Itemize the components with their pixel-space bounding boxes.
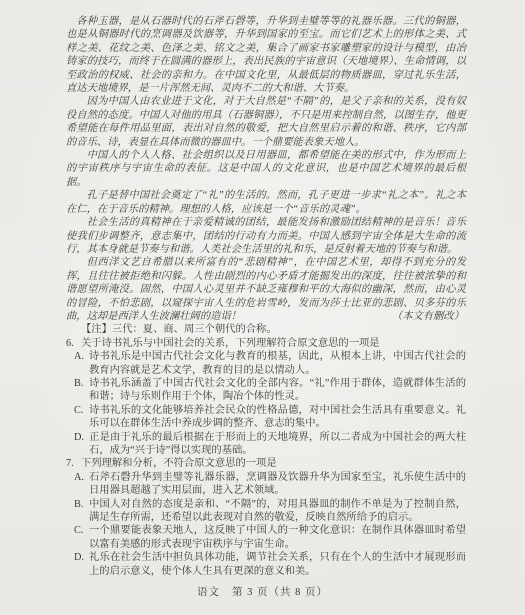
option-a-label: A.: [74, 471, 84, 484]
page-content: 各种玉器，是从石器时代的石斧石磬等，升华到圭璧等等的礼器乐器。三代的铜器，也是从…: [66, 15, 466, 578]
footer-page-number: 第 3 页（共 8 页）: [232, 587, 328, 598]
question-7-option-c: C. 一个鼎要能表象天地人，这反映了中国人的一种文化意识：在制作具体器皿时希望以…: [66, 524, 466, 551]
question-6-number: 6.: [66, 337, 74, 350]
question-7-option-b: B. 中国人对自然的态度是亲和、“不隔”的，对用具器皿的制作不单是为了控制自然，…: [66, 498, 466, 525]
option-d-text: 礼乐在社会生活中担负具体功能，调节社会关系，只有在个人的生活中才展现形而上的启示…: [89, 552, 466, 576]
option-b-label: B.: [74, 377, 83, 390]
option-b-text: 诗书礼乐涵盖了中国古代社会文化的全部内容。“礼”作用于群体，造就群体生活的和谐；…: [89, 378, 466, 402]
option-d-label: D.: [74, 551, 84, 564]
question-6-option-b: B. 诗书礼乐涵盖了中国古代社会文化的全部内容。“礼”作用于群体，造就群体生活的…: [66, 377, 466, 404]
question-7-stem-row: 7. 下列理解和分析，不符合原文意思的一项是: [66, 457, 466, 470]
option-c-label: C.: [74, 524, 83, 537]
option-c-label: C.: [74, 404, 83, 417]
passage-paragraph-1: 各种玉器，是从石器时代的石斧石磬等，升华到圭璧等等的礼器乐器。三代的铜器，也是从…: [66, 15, 466, 95]
question-7: 7. 下列理解和分析，不符合原文意思的一项是 A. 石斧石磬升华到圭璧等礼器乐器…: [66, 457, 466, 578]
passage-note: 【注】三代：夏、商、周三个朝代的合称。: [66, 323, 466, 336]
question-6-option-a: A. 诗书礼乐是中国古代社会文化与教育的根基，因此，从根本上讲，中国古代社会的教…: [66, 350, 466, 377]
question-7-number: 7.: [66, 457, 74, 470]
option-d-label: D.: [74, 431, 84, 444]
option-d-text: 正是由于礼乐的最后根据在于形而上的天地境界，所以二者成为中国社会的两大柱石，成为…: [89, 432, 466, 456]
option-c-text: 一个鼎要能表象天地人，这反映了中国人的一种文化意识：在制作具体器皿时希望以富有美…: [89, 525, 466, 549]
question-6-option-c: C. 诗书礼乐的文化能够培养社会民众的性格品德，对中国社会生活具有重要意义。礼乐…: [66, 404, 466, 431]
passage-paragraph-2: 因为中国人由农业进于文化，对于大自然是“不隔”的，是父子亲和的关系，没有奴役自然…: [66, 95, 466, 149]
option-a-text: 诗书礼乐是中国古代社会文化与教育的根基，因此，从根本上讲，中国古代社会的教育内容…: [89, 351, 466, 375]
passage-paragraph-3: 中国人的个人人格、社会组织以及日用器皿，都希望能在美的形式中，作为形而上的宇宙秩…: [66, 149, 466, 189]
page-footer: 语文第 3 页（共 8 页）: [0, 584, 525, 599]
question-6: 6. 关于诗书礼乐与中国社会的关系，下列理解符合原文意思的一项是 A. 诗书礼乐…: [66, 337, 466, 458]
question-6-stem-row: 6. 关于诗书礼乐与中国社会的关系，下列理解符合原文意思的一项是: [66, 337, 466, 350]
question-6-option-d: D. 正是由于礼乐的最后根据在于形而上的天地境界，所以二者成为中国社会的两大柱石…: [66, 431, 466, 458]
footer-subject: 语文: [197, 587, 220, 598]
passage-paragraph-5: 社会生活的真精神在于亲爱精诚的团结，最能发扬和激励团结精神的是音乐！音乐使我们步…: [66, 216, 466, 256]
option-c-text: 诗书礼乐的文化能够培养社会民众的性格品德，对中国社会生活具有重要意义。礼乐可以在…: [89, 405, 466, 429]
option-a-label: A.: [74, 350, 84, 363]
question-7-option-d: D. 礼乐在社会生活中担负具体功能，调节社会关系，只有在个人的生活中才展现形而上…: [66, 551, 466, 578]
passage-paragraph-4: 孔子是替中国社会奠定了“礼”的生活的。然而，孔子更进一步求“礼之本”。礼之本在仁…: [66, 189, 466, 216]
option-b-text: 中国人对自然的态度是亲和、“不隔”的，对用具器皿的制作不单是为了控制自然，满足生…: [89, 499, 466, 523]
question-7-stem: 下列理解和分析，不符合原文意思的一项是: [81, 458, 277, 469]
option-b-label: B.: [74, 498, 83, 511]
reading-passage: 各种玉器，是从石器时代的石斧石磬等，升华到圭璧等等的礼器乐器。三代的铜器，也是从…: [66, 15, 466, 323]
question-7-option-a: A. 石斧石磬升华到圭璧等礼器乐器，烹调器及饮器升华为国家至宝，礼乐使生活中的日…: [66, 471, 466, 498]
question-6-stem: 关于诗书礼乐与中国社会的关系，下列理解符合原文意思的一项是: [81, 338, 380, 349]
option-a-text: 石斧石磬升华到圭璧等礼器乐器，烹调器及饮器升华为国家至宝，礼乐使生活中的日用器具…: [89, 472, 466, 496]
scanned-exam-page: 各种玉器，是从石器时代的石斧石磬等，升华到圭璧等等的礼器乐器。三代的铜器，也是从…: [0, 0, 525, 615]
